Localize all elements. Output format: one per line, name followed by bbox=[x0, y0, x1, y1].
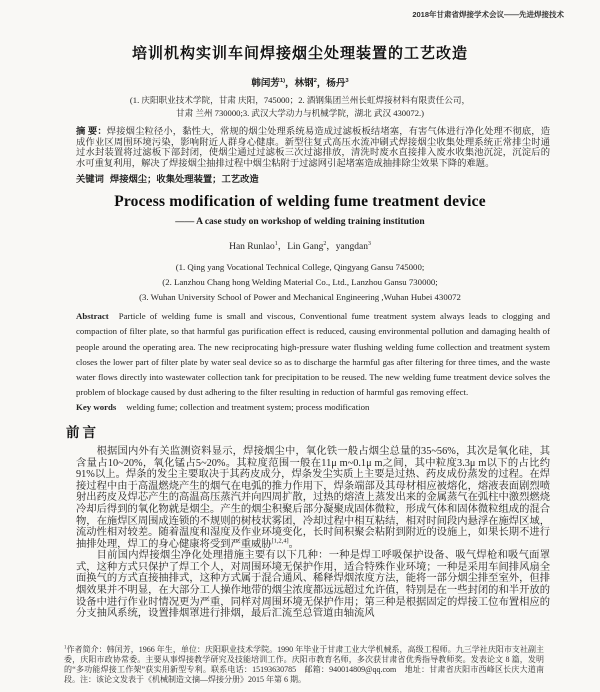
author-zh-3: ，杨丹3 bbox=[317, 78, 349, 89]
abstract-en-text: Particle of welding fume is small and vi… bbox=[76, 311, 550, 396]
footnote-text: 作者简介：韩闰芳，1966 年生，单位：庆阳职业技术学院。1990 年毕业于甘肃… bbox=[64, 645, 544, 684]
author-bio-footnote: 1作者简介：韩闰芳，1966 年生，单位：庆阳职业技术学院。1990 年毕业于甘… bbox=[64, 642, 544, 685]
affiliation-en-line3: (3. Wuhan University School of Power and… bbox=[0, 290, 600, 305]
keywords-zh: 关键词焊接烟尘；收集处理装置；工艺改造 bbox=[76, 171, 550, 185]
conference-header: 2018年甘肃省焊接学术会议——先进焊接技术 bbox=[0, 0, 600, 20]
keywords-zh-text: 焊接烟尘；收集处理装置；工艺改造 bbox=[110, 175, 259, 185]
keywords-zh-label: 关键词 bbox=[76, 175, 104, 185]
abstract-zh-label: 摘 要： bbox=[76, 127, 107, 137]
authors-en: Han Runlao1，Lin Gang2，yangdan3 bbox=[0, 238, 600, 252]
author-en-2-name: ，Lin Gang bbox=[278, 242, 324, 252]
abstract-en: AbstractParticle of welding fume is smal… bbox=[76, 309, 550, 400]
intro-paragraph-2: 目前国内焊接烟尘净化处理措施主要有以下几种：一种是焊工呼吸保护设备、吸气焊枪和吸… bbox=[76, 550, 550, 620]
author-en-1-name: Han Runlao bbox=[229, 242, 275, 252]
keywords-en-label: Key words bbox=[76, 402, 116, 412]
affiliations-en: (1. Qing yang Vocational Technical Colle… bbox=[0, 260, 600, 305]
author-zh-1-name: 韩闰芳 bbox=[251, 78, 280, 89]
author-en-1: Han Runlao1 bbox=[229, 242, 278, 252]
authors-zh: 韩闰芳1)，林钢2，杨丹3 bbox=[0, 75, 600, 89]
author-zh-3-name: ，杨丹 bbox=[317, 78, 346, 89]
affiliation-zh-line2: 甘肃 兰州 730000;3. 武汉大学动力与机械学院，湖北 武汉 430072… bbox=[0, 107, 600, 120]
abstract-en-label: Abstract bbox=[76, 311, 109, 321]
keywords-en-text: welding fume; collection and treatment s… bbox=[126, 402, 369, 412]
author-en-2: ，Lin Gang2 bbox=[278, 242, 327, 252]
intro-paragraph-1-end: 。 bbox=[289, 539, 299, 550]
citation-superscript: [1,2,4] bbox=[272, 537, 289, 544]
section-heading-intro: 前言 bbox=[66, 421, 600, 441]
intro-body: 根据国内外有关监测资料显示，焊接烟尘中，氧化铁一般占烟尘总量的35~56%，其次… bbox=[0, 446, 600, 620]
intro-paragraph-1: 根据国内外有关监测资料显示，焊接烟尘中，氧化铁一般占烟尘总量的35~56%，其次… bbox=[76, 446, 550, 550]
author-zh-1: 韩闰芳1) bbox=[251, 78, 285, 89]
abstract-zh: 摘 要：焊接烟尘粒径小，黏性大，常规的烟尘处理系统易造成过滤板板结堵塞，有害气体… bbox=[76, 127, 550, 169]
paper-page: 2018年甘肃省焊接学术会议——先进焊接技术 培训机构实训车间焊接烟尘处理装置的… bbox=[0, 0, 600, 692]
abstract-zh-text: 焊接烟尘粒径小，黏性大，常规的烟尘处理系统易造成过滤板板结堵塞，有害气体进行净化… bbox=[76, 127, 550, 169]
author-zh-2: ，林钢2 bbox=[285, 78, 317, 89]
keywords-en: Key wordswelding fume; collection and tr… bbox=[76, 400, 550, 414]
affiliation-zh-line1: (1. 庆阳职业技术学院，甘肃 庆阳，745000；2. 酒钢集团兰州长虹焊接材… bbox=[0, 94, 600, 107]
intro-paragraph-1-text: 根据国内外有关监测资料显示，焊接烟尘中，氧化铁一般占烟尘总量的35~56%，其次… bbox=[76, 446, 550, 550]
paper-title-en: Process modification of welding fume tre… bbox=[0, 193, 600, 211]
author-en-3-sup: 3 bbox=[368, 241, 371, 247]
affiliation-en-line2: (2. Lanzhou Chang hong Welding Material … bbox=[0, 275, 600, 290]
author-zh-3-sup: 3 bbox=[345, 78, 348, 84]
paper-title-zh: 培训机构实训车间焊接烟尘处理装置的工艺改造 bbox=[20, 42, 580, 63]
author-zh-2-name: ，林钢 bbox=[285, 78, 314, 89]
affiliations-zh: (1. 庆阳职业技术学院，甘肃 庆阳，745000；2. 酒钢集团兰州长虹焊接材… bbox=[0, 94, 600, 119]
affiliation-en-line1: (1. Qing yang Vocational Technical Colle… bbox=[0, 260, 600, 275]
paper-subtitle-en: —— A case study on workshop of welding t… bbox=[0, 217, 600, 227]
author-en-3: ，yangdan3 bbox=[326, 242, 371, 252]
author-en-3-name: ，yangdan bbox=[326, 242, 368, 252]
